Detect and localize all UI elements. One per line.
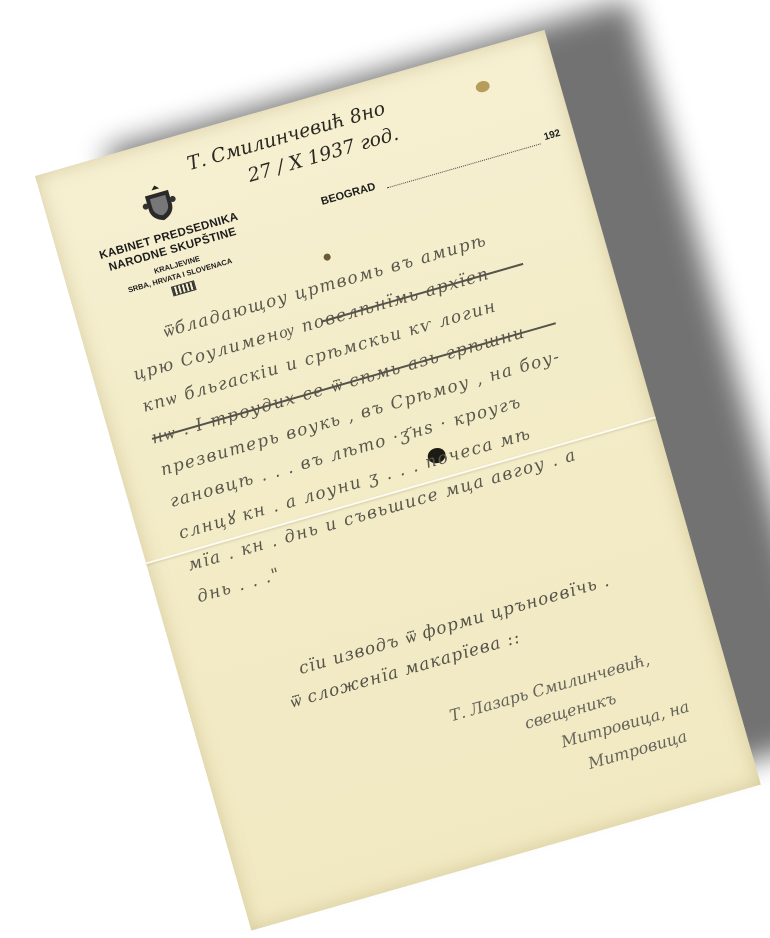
ornament-icon <box>171 280 197 296</box>
year-prefix: 192 <box>543 128 562 143</box>
letterhead: KABINET PREDSEDNIKA NARODNE SKUPŠTINE KR… <box>77 162 262 316</box>
coat-of-arms-icon <box>136 179 182 227</box>
signature-block: Т. Лазарь Смилинчевић, свещеникъ Митрови… <box>446 639 700 811</box>
ink-stain <box>474 79 490 93</box>
date-line <box>387 143 541 188</box>
place-label: BEOGRAD <box>320 181 377 208</box>
ink-stain <box>323 253 332 262</box>
